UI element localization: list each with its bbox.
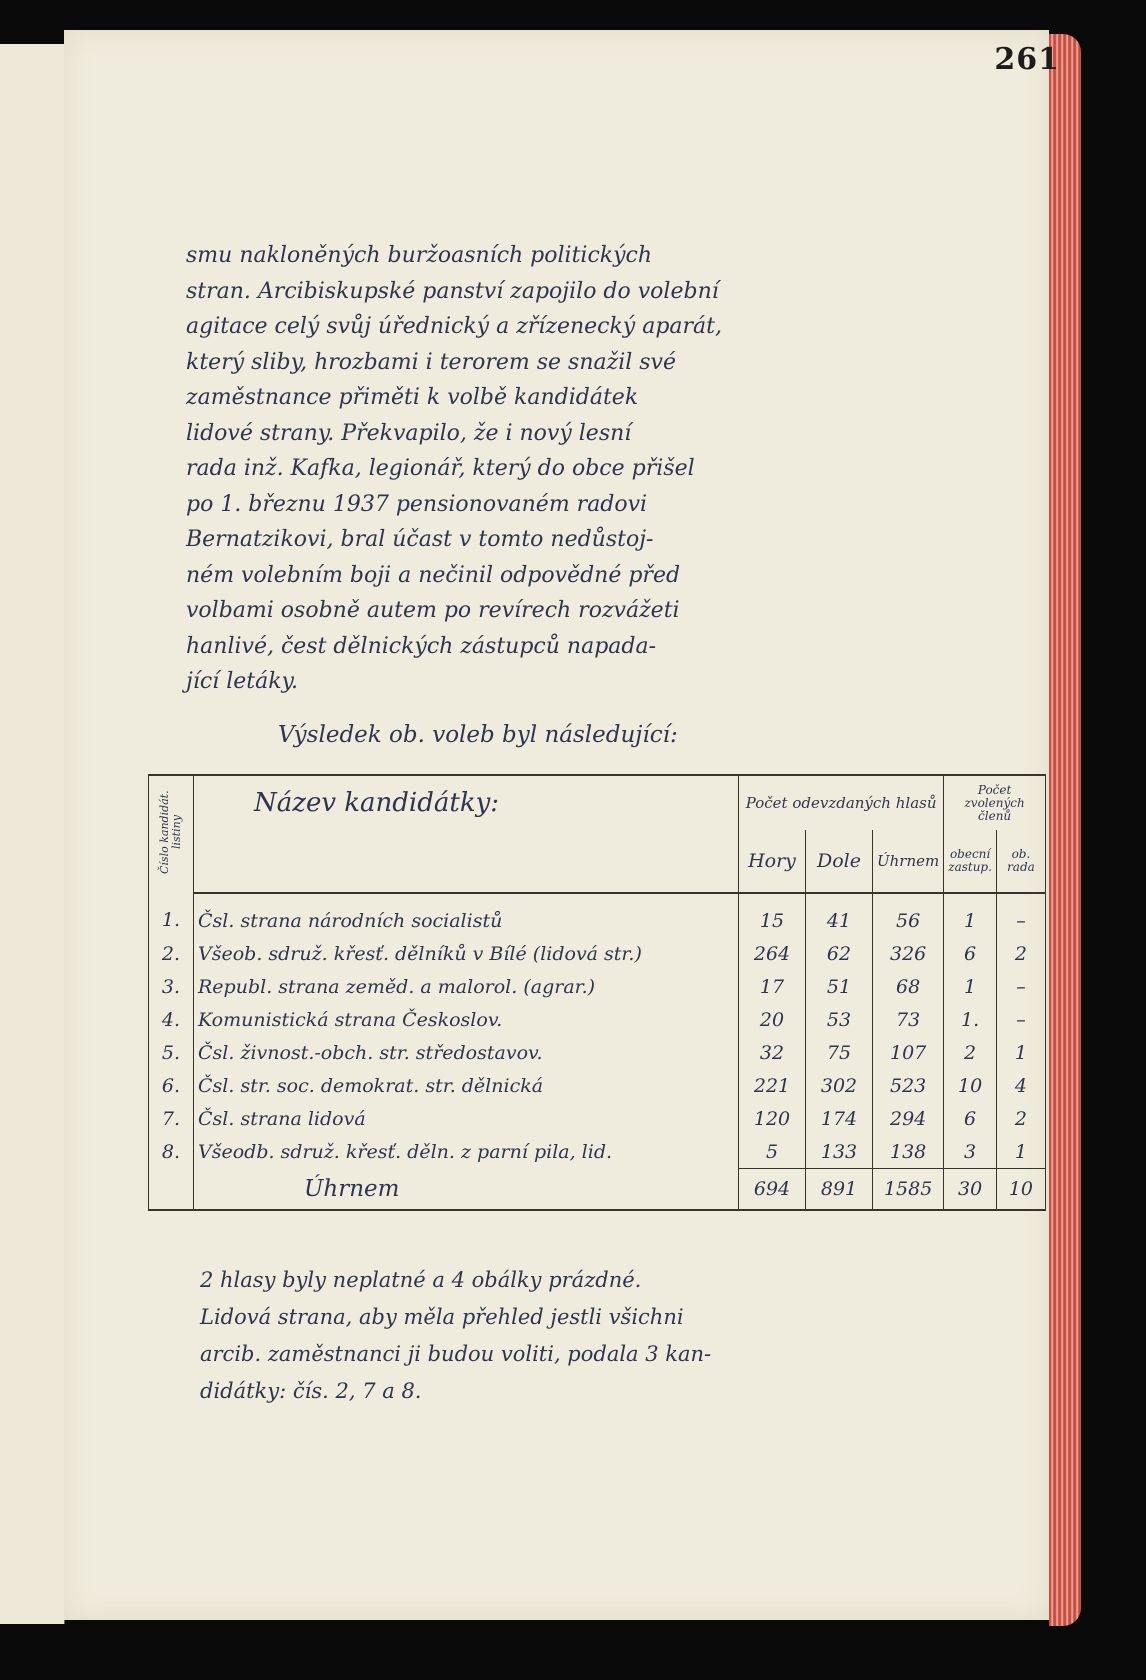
paragraph-line: lidové strany. Překvapilo, že i nový les… — [186, 416, 826, 452]
table-row: 3. Republ. strana zeměd. a malorol. (agr… — [149, 970, 1046, 1003]
result-heading: Výsledek ob. voleb byl následující: — [278, 722, 678, 748]
total-hory: 694 — [739, 1169, 806, 1211]
table-row: 5. Čsl. živnost.-obch. str. středostavov… — [149, 1036, 1046, 1069]
row-number: 8. — [149, 1135, 194, 1169]
total-number-blank — [149, 1169, 194, 1211]
paragraph-line: po 1. březnu 1937 pensionovaném radovi — [186, 487, 826, 523]
total-label: Úhrnem — [194, 1169, 739, 1211]
total-uhrnem: 1585 — [873, 1169, 944, 1211]
row-hory: 32 — [739, 1036, 806, 1069]
row-zastup: 10 — [944, 1069, 997, 1102]
row-number: 6. — [149, 1069, 194, 1102]
row-zastup: 1 — [944, 893, 997, 937]
row-number: 2. — [149, 937, 194, 970]
row-rada: – — [996, 970, 1045, 1003]
header-obecni-rada: ob. rada — [996, 830, 1045, 893]
note-line: Lidová strana, aby měla přehled jestli v… — [200, 1299, 840, 1336]
header-uhrnem: Úhrnem — [873, 830, 944, 893]
paragraph-line: který sliby, hrozbami i terorem se snaži… — [186, 345, 826, 381]
row-dole: 75 — [806, 1036, 873, 1069]
row-uhrnem: 68 — [873, 970, 944, 1003]
table-row: 7. Čsl. strana lidová 120 174 294 6 2 — [149, 1102, 1046, 1135]
row-name: Komunistická strana Českoslov. — [194, 1003, 739, 1036]
handwritten-note: 2 hlasy byly neplatné a 4 obálky prázdné… — [200, 1262, 840, 1410]
row-hory: 264 — [739, 937, 806, 970]
handwritten-paragraph: smu nakloněných buržoasních politických … — [186, 238, 826, 700]
row-zastup: 1 — [944, 970, 997, 1003]
paragraph-line: ném volebním boji a nečinil odpovědné př… — [186, 558, 826, 594]
row-rada: 2 — [996, 937, 1045, 970]
election-results-table: Číslo kandidát. listiny Název kandidátky… — [148, 774, 1046, 1211]
table-row: 1. Čsl. strana národních socialistů 15 4… — [149, 893, 1046, 937]
row-dole: 51 — [806, 970, 873, 1003]
row-uhrnem: 523 — [873, 1069, 944, 1102]
row-rada: – — [996, 1003, 1045, 1036]
paragraph-line: rada inž. Kafka, legionář, který do obce… — [186, 451, 826, 487]
total-rada: 10 — [996, 1169, 1045, 1211]
header-name-blank — [194, 830, 739, 893]
header-name: Název kandidátky: — [194, 775, 739, 830]
row-hory: 15 — [739, 893, 806, 937]
table-total-row: Úhrnem 694 891 1585 30 10 — [149, 1169, 1046, 1211]
header-hory: Hory — [739, 830, 806, 893]
note-line: 2 hlasy byly neplatné a 4 obálky prázdné… — [200, 1262, 840, 1299]
paragraph-line: smu nakloněných buržoasních politických — [186, 238, 826, 274]
row-name: Čsl. strana lidová — [194, 1102, 739, 1135]
row-rada: – — [996, 893, 1045, 937]
row-hory: 17 — [739, 970, 806, 1003]
row-number: 3. — [149, 970, 194, 1003]
row-dole: 62 — [806, 937, 873, 970]
paragraph-line: stran. Arcibiskupské panství zapojilo do… — [186, 274, 826, 310]
table-row: 6. Čsl. str. soc. demokrat. str. dělnick… — [149, 1069, 1046, 1102]
row-name: Čsl. strana národních socialistů — [194, 893, 739, 937]
page-edges — [1049, 34, 1081, 1626]
row-rada: 1 — [996, 1135, 1045, 1169]
row-number: 5. — [149, 1036, 194, 1069]
row-name: Všeob. sdruž. křesť. dělníků v Bílé (lid… — [194, 937, 739, 970]
paragraph-line: hanlivé, čest dělnických zástupců napada… — [186, 629, 826, 665]
paragraph-line: jící letáky. — [186, 664, 826, 700]
table-row: 4. Komunistická strana Českoslov. 20 53 … — [149, 1003, 1046, 1036]
row-number: 7. — [149, 1102, 194, 1135]
row-name: Republ. strana zeměd. a malorol. (agrar.… — [194, 970, 739, 1003]
row-zastup: 6 — [944, 937, 997, 970]
row-rada: 2 — [996, 1102, 1045, 1135]
row-dole: 53 — [806, 1003, 873, 1036]
left-page-edge — [0, 44, 65, 1624]
paragraph-line: volbami osobně autem po revírech rozváže… — [186, 593, 826, 629]
header-votes-group: Počet odevzdaných hlasů — [739, 775, 944, 830]
table-row: 8. Všeodb. sdruž. křesť. děln. z parní p… — [149, 1135, 1046, 1169]
row-zastup: 1. — [944, 1003, 997, 1036]
row-uhrnem: 107 — [873, 1036, 944, 1069]
header-obecni-zastupitelstvo: obecní zastup. — [944, 830, 997, 893]
row-hory: 120 — [739, 1102, 806, 1135]
row-dole: 174 — [806, 1102, 873, 1135]
row-dole: 133 — [806, 1135, 873, 1169]
row-name: Čsl. živnost.-obch. str. středostavov. — [194, 1036, 739, 1069]
row-uhrnem: 73 — [873, 1003, 944, 1036]
paragraph-line: Bernatzikovi, bral účast v tomto nedůsto… — [186, 522, 826, 558]
row-hory: 221 — [739, 1069, 806, 1102]
row-uhrnem: 326 — [873, 937, 944, 970]
row-uhrnem: 56 — [873, 893, 944, 937]
header-dole: Dole — [806, 830, 873, 893]
row-zastup: 6 — [944, 1102, 997, 1135]
row-rada: 4 — [996, 1069, 1045, 1102]
row-number: 1. — [149, 893, 194, 937]
row-hory: 20 — [739, 1003, 806, 1036]
row-name: Čsl. str. soc. demokrat. str. dělnická — [194, 1069, 739, 1102]
total-dole: 891 — [806, 1169, 873, 1211]
row-name: Všeodb. sdruž. křesť. děln. z parní pila… — [194, 1135, 739, 1169]
note-line: arcib. zaměstnanci ji budou voliti, poda… — [200, 1336, 840, 1373]
page-number: 261 — [994, 42, 1060, 77]
row-rada: 1 — [996, 1036, 1045, 1069]
row-uhrnem: 138 — [873, 1135, 944, 1169]
row-dole: 302 — [806, 1069, 873, 1102]
row-uhrnem: 294 — [873, 1102, 944, 1135]
paragraph-line: zaměstnance přiměti k volbě kandidátek — [186, 380, 826, 416]
total-zastup: 30 — [944, 1169, 997, 1211]
header-seats-group: Počet zvolených členů — [944, 775, 1046, 830]
table-row: 2. Všeob. sdruž. křesť. dělníků v Bílé (… — [149, 937, 1046, 970]
row-hory: 5 — [739, 1135, 806, 1169]
row-dole: 41 — [806, 893, 873, 937]
paragraph-line: agitace celý svůj úřednický a zřízenecký… — [186, 309, 826, 345]
note-line: didátky: čís. 2, 7 a 8. — [200, 1373, 840, 1410]
header-number: Číslo kandidát. listiny — [149, 775, 194, 893]
row-zastup: 2 — [944, 1036, 997, 1069]
row-zastup: 3 — [944, 1135, 997, 1169]
row-number: 4. — [149, 1003, 194, 1036]
